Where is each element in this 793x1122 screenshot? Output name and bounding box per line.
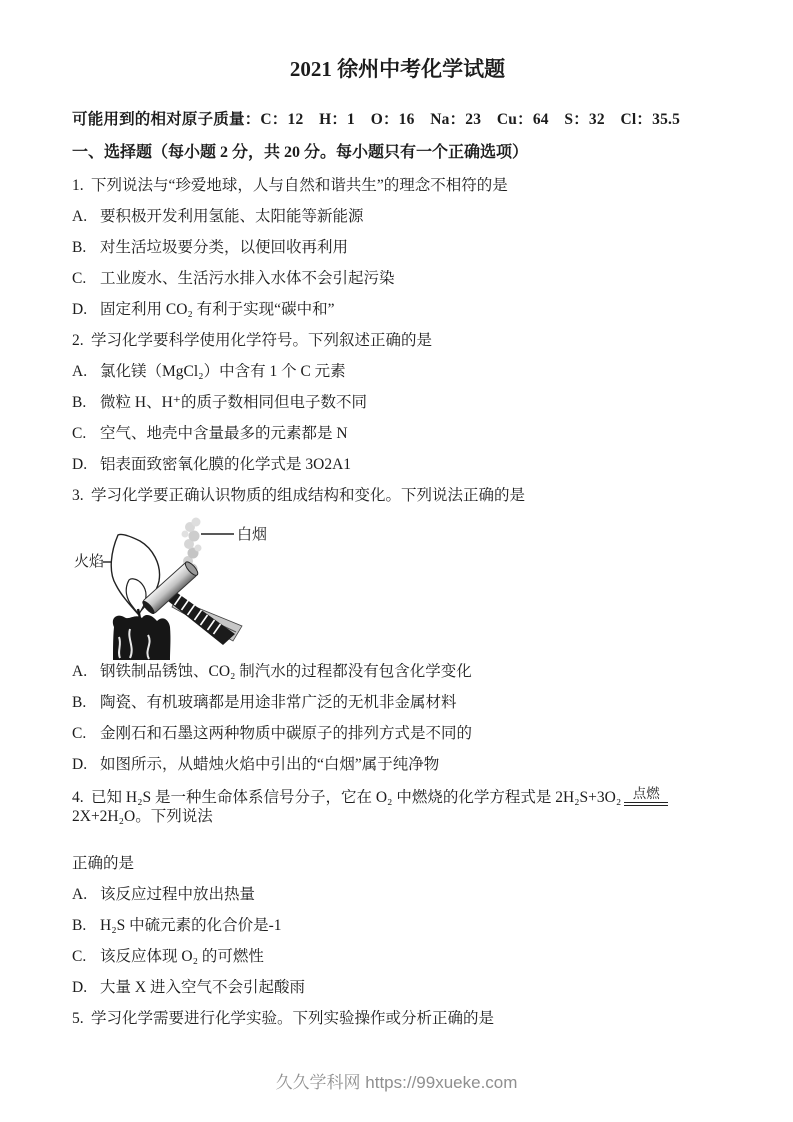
- question-text-after-equation: 2X+2H₂O。下列说法: [72, 808, 213, 825]
- option-text: H₂S 中硫元素的化合价是-1: [100, 917, 282, 934]
- option-label: D.: [72, 300, 100, 319]
- option-label: C.: [72, 424, 100, 443]
- question-2-option-d: D.铝表面致密氧化膜的化学式是 3O2A1: [72, 455, 723, 474]
- ignition-condition-text: 点燃: [633, 786, 660, 801]
- option-label: A.: [72, 207, 100, 226]
- option-text: 如图所示，从蜡烛火焰中引出的“白烟”属于纯净物: [100, 756, 439, 773]
- question-5-stem: 5.学习化学需要进行化学实验。下列实验操作或分析正确的是: [72, 1009, 723, 1028]
- question-3-stem: 3.学习化学要正确认识物质的组成结构和变化。下列说法正确的是: [72, 486, 723, 505]
- question-4-option-b: B.H₂S 中硫元素的化合价是-1: [72, 916, 723, 935]
- page-title: 2021 徐州中考化学试题: [72, 56, 723, 82]
- question-2-option-a: A.氯化镁（MgCl₂）中含有 1 个 C 元素: [72, 362, 723, 381]
- atomic-masses-note: 可能用到的相对原子质量：C：12 H：1 O：16 Na：23 Cu：64 S：…: [72, 110, 723, 129]
- option-label: A.: [72, 662, 100, 681]
- option-label: D.: [72, 978, 100, 997]
- question-text: 学习化学要正确认识物质的组成结构和变化。下列说法正确的是: [91, 487, 525, 504]
- question-text: 下列说法与“珍爱地球，人与自然和谐共生”的理念不相符的是: [91, 177, 508, 194]
- question-1-option-d: D.固定利用 CO₂ 有利于实现“碳中和”: [72, 300, 723, 319]
- question-1-option-c: C.工业废水、生活污水排入水体不会引起污染: [72, 269, 723, 288]
- question-number: 2.: [72, 331, 91, 350]
- option-text: 工业废水、生活污水排入水体不会引起污染: [100, 270, 395, 287]
- option-label: D.: [72, 455, 100, 474]
- equation-double-line: [624, 802, 668, 806]
- question-4-stem-line2: 正确的是: [72, 854, 723, 873]
- option-text: 要积极开发利用氢能、太阳能等新能源: [100, 208, 364, 225]
- option-text: 该反应体现 O₂ 的可燃性: [100, 948, 264, 965]
- question-text: 学习化学需要进行化学实验。下列实验操作或分析正确的是: [91, 1010, 494, 1027]
- option-label: B.: [72, 693, 100, 712]
- smoke-label: 白烟: [237, 527, 267, 543]
- option-label: A.: [72, 885, 100, 904]
- question-text-before-equation: 已知 H₂S 是一种生命体系信号分子，它在 O₂ 中燃烧的化学方程式是 2H₂S…: [91, 789, 621, 806]
- question-2-stem: 2.学习化学要科学使用化学符号。下列叙述正确的是: [72, 331, 723, 350]
- question-text: 学习化学要科学使用化学符号。下列叙述正确的是: [91, 332, 432, 349]
- option-text: 对生活垃圾要分类，以便回收再利用: [100, 239, 348, 256]
- question-4-option-c: C.该反应体现 O₂ 的可燃性: [72, 947, 723, 966]
- ignition-condition-mark: 点燃: [624, 786, 668, 806]
- candle-experiment-drawing: [72, 517, 334, 662]
- option-label: B.: [72, 238, 100, 257]
- exam-document-page: 2021 徐州中考化学试题 可能用到的相对原子质量：C：12 H：1 O：16 …: [0, 0, 793, 1122]
- option-text: 钢铁制品锈蚀、CO₂ 制汽水的过程都没有包含化学变化: [100, 663, 472, 680]
- flame-label: 火焰: [74, 554, 104, 570]
- question-number: 5.: [72, 1009, 91, 1028]
- question-2-option-c: C.空气、地壳中含量最多的元素都是 N: [72, 424, 723, 443]
- option-label: C.: [72, 724, 100, 743]
- question-3-option-c: C.金刚石和石墨这两种物质中碳原子的排列方式是不同的: [72, 724, 723, 743]
- option-label: C.: [72, 947, 100, 966]
- option-text: 大量 X 进入空气不会引起酸雨: [100, 979, 305, 996]
- question-4-stem: 4.已知 H₂S 是一种生命体系信号分子，它在 O₂ 中燃烧的化学方程式是 2H…: [72, 786, 723, 826]
- candle-experiment-figure: 火焰 白烟: [72, 517, 334, 662]
- question-1-option-a: A.要积极开发利用氢能、太阳能等新能源: [72, 207, 723, 226]
- section-heading: 一、选择题（每小题 2 分，共 20 分。每小题只有一个正确选项）: [72, 143, 723, 162]
- question-number: 1.: [72, 176, 91, 195]
- option-label: C.: [72, 269, 100, 288]
- option-text: 金刚石和石墨这两种物质中碳原子的排列方式是不同的: [100, 725, 472, 742]
- option-text: 陶瓷、有机玻璃都是用途非常广泛的无机非金属材料: [100, 694, 457, 711]
- question-1-stem: 1.下列说法与“珍爱地球，人与自然和谐共生”的理念不相符的是: [72, 176, 723, 195]
- question-3-option-d: D.如图所示，从蜡烛火焰中引出的“白烟”属于纯净物: [72, 755, 723, 774]
- document-content: 2021 徐州中考化学试题 可能用到的相对原子质量：C：12 H：1 O：16 …: [0, 0, 793, 1028]
- question-number: 4.: [72, 788, 91, 807]
- option-text: 该反应过程中放出热量: [100, 886, 255, 903]
- question-4-option-d: D.大量 X 进入空气不会引起酸雨: [72, 978, 723, 997]
- question-3-option-a: A.钢铁制品锈蚀、CO₂ 制汽水的过程都没有包含化学变化: [72, 662, 723, 681]
- question-1-option-b: B.对生活垃圾要分类，以便回收再利用: [72, 238, 723, 257]
- question-number: 3.: [72, 486, 91, 505]
- option-label: D.: [72, 755, 100, 774]
- option-text: 微粒 H、H⁺的质子数相同但电子数不同: [100, 394, 367, 411]
- question-2-option-b: B.微粒 H、H⁺的质子数相同但电子数不同: [72, 393, 723, 412]
- option-label: A.: [72, 362, 100, 381]
- option-label: B.: [72, 916, 100, 935]
- option-text: 固定利用 CO₂ 有利于实现“碳中和”: [100, 301, 334, 318]
- option-text: 氯化镁（MgCl₂）中含有 1 个 C 元素: [100, 363, 346, 380]
- option-label: B.: [72, 393, 100, 412]
- option-text: 空气、地壳中含量最多的元素都是 N: [100, 425, 348, 442]
- question-3-option-b: B.陶瓷、有机玻璃都是用途非常广泛的无机非金属材料: [72, 693, 723, 712]
- option-text: 铝表面致密氧化膜的化学式是 3O2A1: [100, 456, 351, 473]
- question-4-option-a: A.该反应过程中放出热量: [72, 885, 723, 904]
- candle-drawing: [113, 615, 171, 660]
- watermark-footer: 久久学科网 https://99xueke.com: [0, 1068, 793, 1093]
